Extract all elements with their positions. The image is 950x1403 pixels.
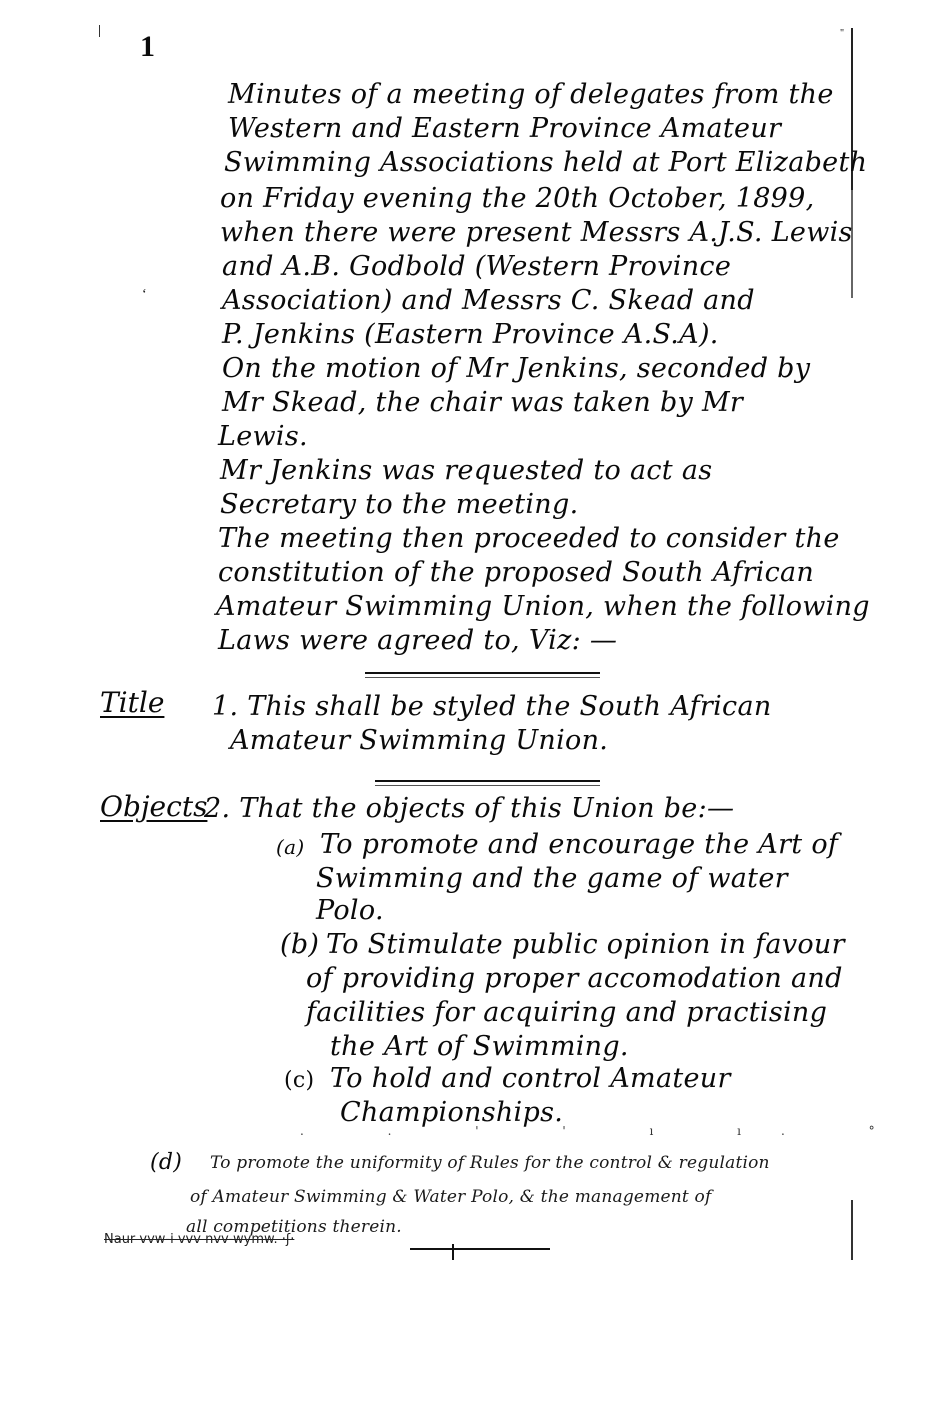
- item-line: of Amateur Swimming & Water Polo, & the …: [190, 1186, 712, 1208]
- preamble-line: constitution of the proposed South Afric…: [218, 556, 814, 590]
- section-heading-objects: Objects: [100, 790, 207, 823]
- section-heading-title: Title: [100, 686, 164, 719]
- margin-mark: ‘: [142, 287, 147, 303]
- page-number: 1: [140, 30, 155, 64]
- law-line: 2. That the objects of this Union be:—: [204, 792, 734, 826]
- law-line: 1. This shall be styled the South Africa…: [212, 690, 772, 724]
- section-divider: [375, 780, 600, 786]
- preamble-line: On the motion of Mr Jenkins, seconded by: [222, 352, 810, 386]
- item-label: (a): [276, 830, 304, 864]
- corner-mark: ": [840, 28, 844, 39]
- preamble-line: Minutes of a meeting of delegates from t…: [228, 78, 834, 112]
- law-line: Amateur Swimming Union.: [230, 724, 608, 758]
- item-label: (d): [150, 1146, 182, 1180]
- closing-rule: [410, 1248, 550, 1250]
- preamble-line: Laws were agreed to, Viz: —: [218, 624, 617, 658]
- preamble-line: Lewis.: [218, 420, 308, 454]
- preamble-line: The meeting then proceeded to consider t…: [218, 522, 840, 556]
- item-line: To promote the uniformity of Rules for t…: [210, 1152, 770, 1174]
- item-line: of providing proper accomodation and: [306, 962, 843, 996]
- preamble-line: on Friday evening the 20th October, 1899…: [220, 182, 815, 216]
- section-divider: [365, 672, 600, 678]
- item-line: To hold and control Amateur: [330, 1062, 731, 1096]
- preamble-line: Association) and Messrs C. Skead and: [222, 284, 755, 318]
- item-line: Polo.: [316, 894, 384, 928]
- preamble-line: Swimming Associations held at Port Eliza…: [224, 146, 867, 180]
- faint-ascenders: . . ' ' ı ı. ° ' °: [300, 1124, 950, 1138]
- right-margin-rule-lower: [851, 1200, 853, 1260]
- preamble-line: and A.B. Godbold (Western Province: [222, 250, 731, 284]
- item-line: the Art of Swimming.: [330, 1030, 629, 1064]
- preamble-line: Western and Eastern Province Amateur: [228, 112, 781, 146]
- item-label: (c): [284, 1064, 314, 1098]
- preamble-line: Mr Jenkins was requested to act as: [220, 454, 712, 488]
- preamble-line: when there were present Messrs A.J.S. Le…: [220, 216, 853, 250]
- item-line: To promote and encourage the Art of: [320, 828, 838, 862]
- item-line: facilities for acquiring and practising: [306, 996, 827, 1030]
- preamble-line: Mr Skead, the chair was taken by Mr: [222, 386, 743, 420]
- item-line: Swimming and the game of water: [316, 862, 788, 896]
- page-tick-mark: [99, 25, 100, 37]
- preamble-line: Amateur Swimming Union, when the followi…: [216, 590, 870, 624]
- preamble-line: Secretary to the meeting.: [220, 488, 578, 522]
- preamble-line: P. Jenkins (Eastern Province A.S.A).: [222, 318, 719, 352]
- item-line: To Stimulate public opinion in favour: [326, 928, 845, 962]
- closing-rule-tick: [452, 1244, 454, 1260]
- struck-through-text: Naur vvw-i vvv nvv-wymw. ·ʃ·: [104, 1232, 294, 1247]
- item-label: (b): [280, 928, 319, 962]
